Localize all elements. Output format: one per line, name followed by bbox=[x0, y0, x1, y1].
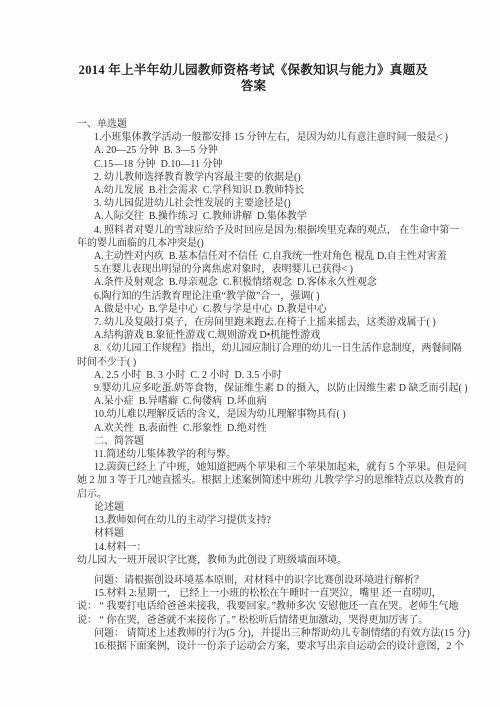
document-line: 启示。 bbox=[77, 488, 430, 501]
document-line: 11.简述幼儿集体教学的利与弊。 bbox=[77, 448, 430, 461]
document-line: 时间不少于( ) bbox=[77, 356, 430, 369]
document-line: A. 20—25 分钟 B. 3—5 分钟 bbox=[77, 144, 430, 157]
document-line: 6.陶行知的生活教育理论注重“教学做”合一，强调( ) bbox=[77, 290, 430, 303]
document-line: A.结构游戏 B.象征性游戏 C.规则游戏 D•机能性游戏 bbox=[77, 329, 430, 342]
page-title: 2014 年上半年幼儿园教师资格考试《保教知识与能力》真题及答案 bbox=[77, 62, 430, 94]
document-line: 说： “ 你在哭，爸爸就不来接你了。” 松松听后情绪更加激动，哭得更加厉害了。 bbox=[77, 614, 430, 627]
document-line: A.主动性对内疚 B.基本信任对不信任 C.自我统一性对角色 棍乱 D.自主性对… bbox=[77, 250, 430, 263]
document-line: 她 2 加 3 等于几?她直摇头。根据上述案例简述中班幼 儿教学学习的思维特点以… bbox=[77, 474, 430, 487]
document-line: A.欢关性 B.表面性 C.形象性 D.绝对性 bbox=[77, 422, 430, 435]
document-line: 9.婴幼儿应多吃蛋.奶等食物，保证维生素 D 的摄入，以防止因维生素 D 缺乏而… bbox=[77, 382, 430, 395]
document-line: 13.教师如何在幼儿的主动学习提供支持? bbox=[77, 514, 430, 527]
document-line: 幼儿园大一班开展识字比赛，教师为此创设了班级墙面环境。 bbox=[77, 554, 430, 567]
document-line: 3. 幼儿园促进幼儿社会性发展的主要途径是() bbox=[77, 197, 430, 210]
document-line: C.15—18 分钟 D.10—11 分钟 bbox=[77, 158, 430, 171]
document-line: 1.小班集体教学活动一般都安排 15 分钟左右，是因为幼儿有意注意时间一般是< … bbox=[77, 131, 430, 144]
document-line: 问题： 请简述上述教师的行为(5 分)，并提出三种帮助幼儿专制情绪的有效方法(1… bbox=[77, 627, 430, 640]
document-line: A.条件及射观念 B.母亲观念 C.积极情绪观念 D.客体永久性观念 bbox=[77, 276, 430, 289]
document-line: A. 2.5 小时 B. 3 小时 C. 2 小时 D. 3.5 小时 bbox=[77, 369, 430, 382]
document-line: 2. 幼儿教师选择教育教学内容最主要的依据是() bbox=[77, 171, 430, 184]
document-line: A.幼儿发展 B.社会需求 C.学科知识 D.教师特长 bbox=[77, 184, 430, 197]
document-line: A.做是中心 B.学是中心 C.教与学是中心 D.教是中心 bbox=[77, 303, 430, 316]
document-body: 一、单选题1.小班集体教学活动一般都安排 15 分钟左右，是因为幼儿有意注意时间… bbox=[77, 118, 430, 653]
document-page: 2014 年上半年幼儿园教师资格考试《保教知识与能力》真题及答案 一、单选题1.… bbox=[0, 0, 500, 707]
document-line: 一、单选题 bbox=[77, 118, 430, 131]
document-line: 材料题 bbox=[77, 527, 430, 540]
document-line: 16.根据下面案例，设计一份亲子运动会方案，要求写出亲自运动会的设计意图，2 个 bbox=[77, 640, 430, 653]
document-line: 8.《幼儿园工作规程》指出，幼儿园应制订合理的幼儿一日生活作息制度，两餐间隔 bbox=[77, 342, 430, 355]
document-line: 问题：请根据创设环境基本原则，对材料中的识字比赛创设环境进行解析？ bbox=[77, 574, 430, 587]
document-line: 年的婴儿面临的几本冲突是() bbox=[77, 237, 430, 250]
document-line: 12.茵茵已经上了中班，她知道把两个苹果和三个苹果加起来，就有 5 个苹果。但是… bbox=[77, 461, 430, 474]
document-line: 15.材料 2:星期一， 已经上一小班的松松在午睡时一直哭泣，嘴里 还一直唠叨， bbox=[77, 587, 430, 600]
document-line: 4. 照料者对婴儿的雪球应给予及时回应是因为:根据埃里克森的观点， 在生命中第一 bbox=[77, 224, 430, 237]
document-line: 5.在婴儿表现出明显的分离焦虑对象时，表明婴儿已获得< ) bbox=[77, 263, 430, 276]
document-line: 论述题 bbox=[77, 501, 430, 514]
document-line: A.呆小症 B.异嗜癖 C.佝偻病 D.坏血病 bbox=[77, 395, 430, 408]
document-line: 10.幼儿难以理解反话的含义，是因为幼儿理解事物具有( ) bbox=[77, 408, 430, 421]
document-line: 说： “ 我要打电话给爸爸来接我，我要回家。”教师多次 安慰他还一直在哭。老师生… bbox=[77, 600, 430, 613]
document-line: 14.材料一： bbox=[77, 541, 430, 554]
document-line: A.人际交往 B.操作练习 C.教师讲解 D.集体教学 bbox=[77, 210, 430, 223]
document-line: 二、简答题 bbox=[77, 435, 430, 448]
document-line: 7. 幼儿及复敲打桌子，在房间里跑来跑去.在椅子上摇来摇去，这类游戏属于( ) bbox=[77, 316, 430, 329]
